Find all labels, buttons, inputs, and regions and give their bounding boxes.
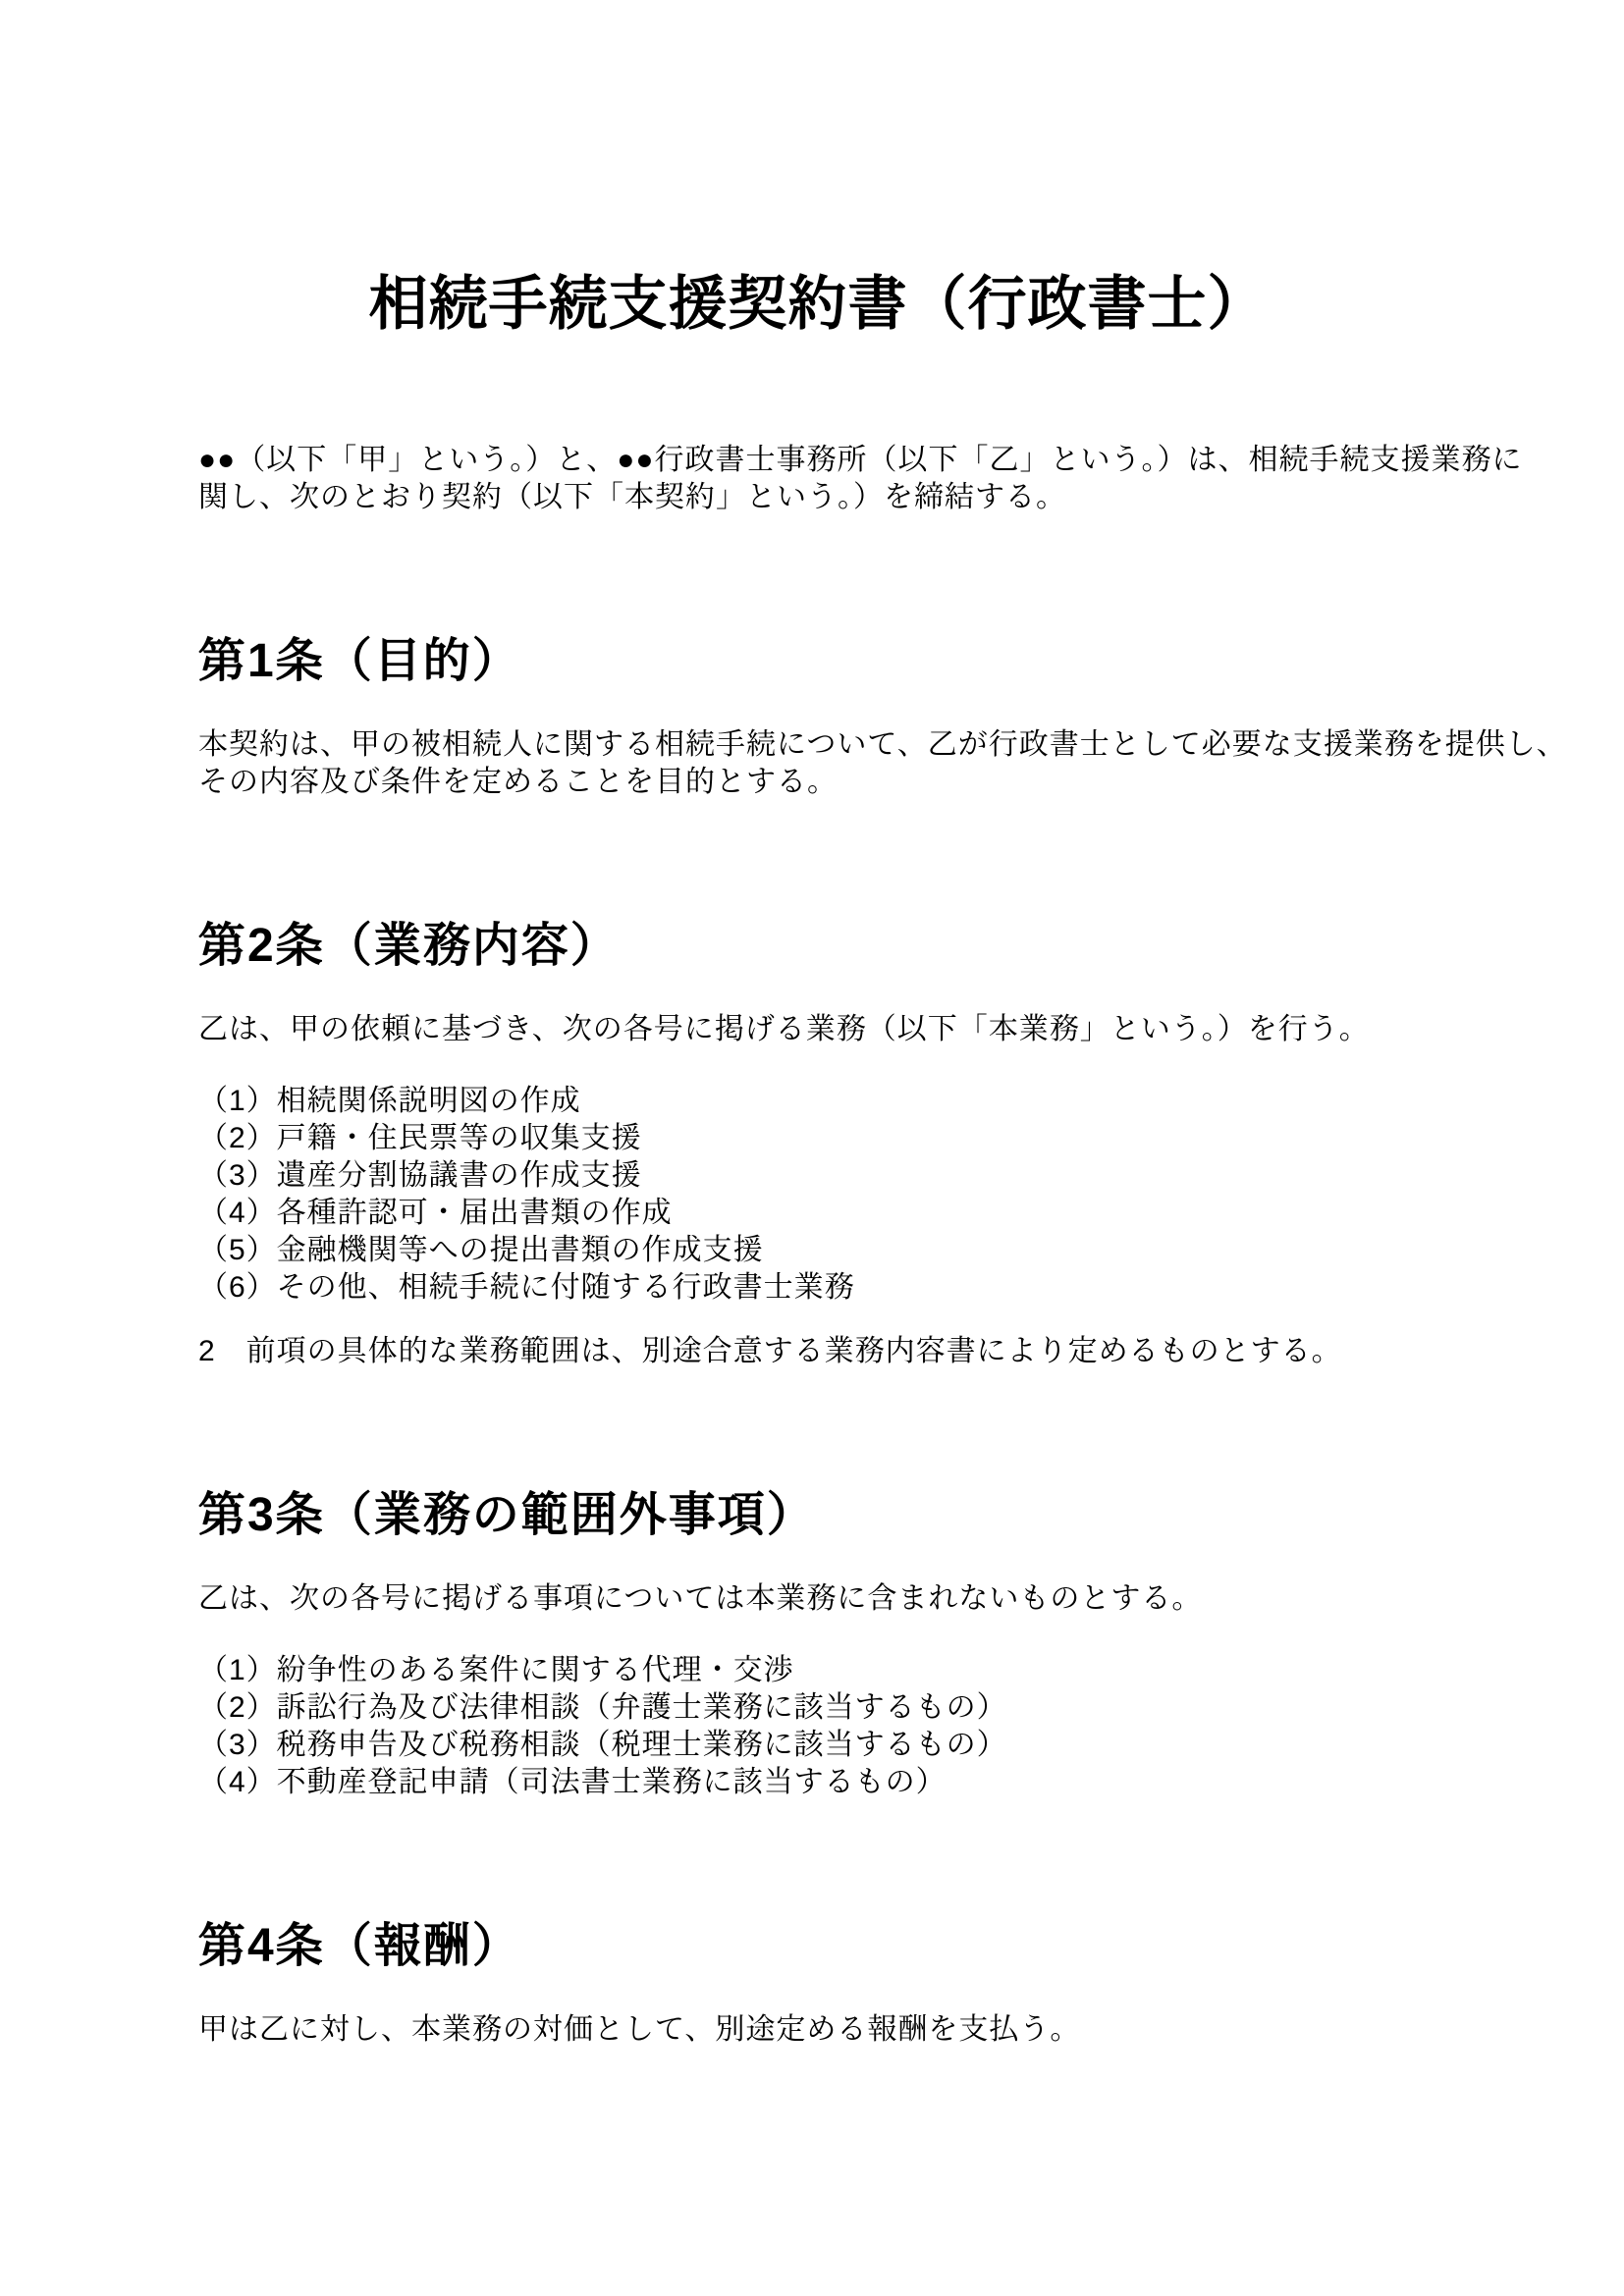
contract-document-page: 相続手続支援契約書（行政書士） ●●（以下「甲」という。）と、●●行政書士事務所… xyxy=(0,0,1624,2296)
article-4-body: 甲は乙に対し、本業務の対価として、別途定める報酬を支払う。 xyxy=(198,2011,1437,2049)
article-1-body: 本契約は、甲の被相続人に関する相続手続について、乙が行政書士として必要な支援業務… xyxy=(198,726,1437,801)
list-item: （5）金融機関等への提出書類の作成支援 xyxy=(198,1232,1437,1269)
list-item: （1）相続関係説明図の作成 xyxy=(198,1083,1437,1120)
article-2-body: 乙は、甲の依頼に基づき、次の各号に掲げる業務（以下「本業務」という。）を行う。 xyxy=(198,1011,1437,1048)
list-item: （4）各種許認可・届出書類の作成 xyxy=(198,1195,1437,1232)
article-2-item-list: （1）相続関係説明図の作成 （2）戸籍・住民票等の収集支援 （3）遺産分割協議書… xyxy=(198,1083,1437,1307)
article-3-item-list: （1）紛争性のある案件に関する代理・交渉 （2）訴訟行為及び法律相談（弁護士業務… xyxy=(198,1652,1437,1801)
list-item: （2）訴訟行為及び法律相談（弁護士業務に該当するもの） xyxy=(198,1689,1437,1727)
list-item: （6）その他、相続手続に付随する行政書士業務 xyxy=(198,1269,1437,1307)
article-2-clause-2: 2 前項の具体的な業務範囲は、別途合意する業務内容書により定めるものとする。 xyxy=(198,1333,1437,1370)
article-4-heading: 第4条（報酬） xyxy=(198,1919,1437,1974)
article-3-heading: 第3条（業務の範囲外事項） xyxy=(198,1488,1437,1543)
list-item: （3）税務申告及び税務相談（税理士業務に該当するもの） xyxy=(198,1727,1437,1764)
document-title: 相続手続支援契約書（行政書士） xyxy=(198,269,1437,340)
list-item: （3）遺産分割協議書の作成支援 xyxy=(198,1157,1437,1195)
article-2-heading: 第2条（業務内容） xyxy=(198,919,1437,974)
list-item: （4）不動産登記申請（司法書士業務に該当するもの） xyxy=(198,1764,1437,1801)
list-item: （1）紛争性のある案件に関する代理・交渉 xyxy=(198,1652,1437,1689)
list-item: （2）戸籍・住民票等の収集支援 xyxy=(198,1120,1437,1157)
article-1-heading: 第1条（目的） xyxy=(198,634,1437,689)
preamble-paragraph: ●●（以下「甲」という。）と、●●行政書士事務所（以下「乙」という。）は、相続手… xyxy=(198,442,1437,516)
article-3-body: 乙は、次の各号に掲げる事項については本業務に含まれないものとする。 xyxy=(198,1580,1437,1618)
